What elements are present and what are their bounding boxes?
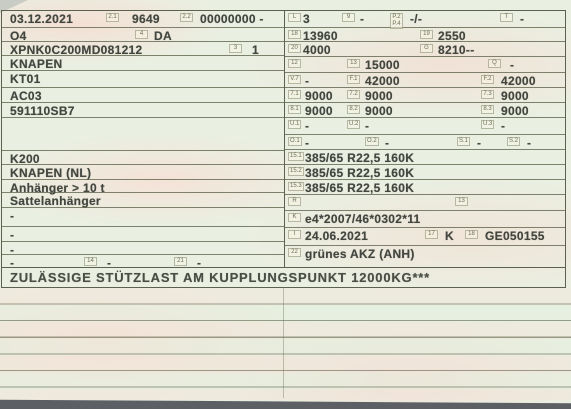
table-row xyxy=(2,118,284,151)
table-row: R 13 xyxy=(285,195,565,211)
field-label-i: I xyxy=(288,230,301,239)
field-label-r: R xyxy=(288,197,301,206)
field-vin: XPNK0C200MD081212 xyxy=(10,43,143,57)
table-row: 7.1 9000 7.2 9000 7.3 9000 xyxy=(285,88,565,103)
field-label-73: 7.3 xyxy=(481,90,494,99)
field-label-s2: S.2 xyxy=(507,137,520,146)
field-label-body: 4 xyxy=(135,30,148,39)
field-dash: - xyxy=(477,136,481,150)
field-label-height: 20 xyxy=(288,44,301,53)
field-body-type: DA xyxy=(154,29,172,43)
table-row: V.7 - F.1 42000 F.2 42000 xyxy=(285,73,565,88)
field-label-o2: O.2 xyxy=(365,137,379,146)
field-brand: KNAPEN xyxy=(10,57,62,71)
field-label-max-speed: T xyxy=(500,13,513,22)
table-row: 15.3 385/65 R22,5 160K xyxy=(285,180,565,195)
table-row: - xyxy=(2,242,284,255)
table-row: XPNK0C200MD081212 3 1 xyxy=(2,42,284,56)
field-mass-in-service: 8210-- xyxy=(438,43,475,57)
field-tyres-axle-1: 385/65 R22,5 160K xyxy=(305,151,414,165)
table-row: K e4*2007/46*0302*11 xyxy=(285,211,565,228)
field-label-9: 9 xyxy=(342,13,355,22)
field-vehicle-class: O4 xyxy=(10,29,27,43)
field-label-tyres-1: 15.1 xyxy=(288,152,304,161)
field-label-72: 7.2 xyxy=(347,90,360,99)
field-dash: - xyxy=(305,119,309,133)
field-label-s1: S.1 xyxy=(457,137,470,146)
registration-certificate-scan: 03.12.2021 2.1 9649 2.2 00000000 - O4 4 … xyxy=(0,0,571,409)
right-column: L 3 9 - P.2 P.4 -/- T - 18 13960 19 2550… xyxy=(285,11,565,267)
field-max-laden-mass-f1: 42000 xyxy=(365,74,400,88)
remark-support-load: ZULÄSSIGE STÜTZLAST AM KUPPLUNGSPUNKT 12… xyxy=(10,270,430,285)
table-row: - xyxy=(2,208,284,227)
field-type-approval-number: e4*2007/46*0302*11 xyxy=(305,212,421,226)
field-label-21: 21 xyxy=(174,257,187,266)
field-axle-load-3-tech: 9000 xyxy=(501,89,529,103)
table-row: Anhänger > 10 t xyxy=(2,180,284,193)
field-label-u2: U.2 xyxy=(347,120,360,129)
field-dash: - xyxy=(305,136,309,150)
field-type-designation: K200 xyxy=(10,152,40,166)
table-row: 12 13 15000 Q - xyxy=(285,57,565,73)
table-row: L 3 9 - P.2 P.4 -/- T - xyxy=(285,11,565,28)
field-width: 2550 xyxy=(438,29,466,43)
field-hsn-code: 9649 xyxy=(132,12,160,26)
field-label-82: 8.2 xyxy=(347,105,360,114)
field-label-power: P.2 P.4 xyxy=(390,13,403,29)
field-dash: - xyxy=(10,228,14,242)
table-row: AC03 xyxy=(2,88,284,103)
field-support-load: 15000 xyxy=(365,58,400,72)
table-row: U.1 - U.2 - U.3 - xyxy=(285,118,565,135)
table-row: 15.2 385/65 R22,5 160K xyxy=(285,165,565,180)
table-row: 22 grünes AKZ (ANH) xyxy=(285,246,565,267)
field-body-text: Sattelanhänger xyxy=(10,194,101,208)
field-document-code: GE050155 xyxy=(485,229,545,243)
field-dash: - xyxy=(385,136,389,150)
left-column: 03.12.2021 2.1 9649 2.2 00000000 - O4 4 … xyxy=(2,11,285,267)
table-row: O4 4 DA xyxy=(2,28,284,42)
field-label-o1: O.1 xyxy=(288,137,302,146)
field-max-laden-mass-f2: 42000 xyxy=(501,74,536,88)
field-remark-akz: grünes AKZ (ANH) xyxy=(305,247,415,261)
table-row: - 14 - 21 - xyxy=(2,255,284,267)
field-label-q: Q xyxy=(488,59,501,68)
field-label-tyres-2: 15.2 xyxy=(288,167,304,176)
field-dash: - xyxy=(510,58,514,72)
grid-columns: 03.12.2021 2.1 9649 2.2 00000000 - O4 4 … xyxy=(2,11,565,267)
field-label-support-load: 13 xyxy=(347,59,360,68)
table-row: 15.1 385/65 R22,5 160K xyxy=(285,150,565,165)
table-row: KNAPEN (NL) xyxy=(2,165,284,180)
field-length: 13960 xyxy=(303,29,338,43)
table-row: 03.12.2021 2.1 9649 2.2 00000000 - xyxy=(2,11,284,28)
table-row: I 24.06.2021 17 K 18 GE050155 xyxy=(285,228,565,246)
table-row: 8.1 9000 8.2 9000 8.3 9000 xyxy=(285,103,565,118)
field-code-k: K xyxy=(445,229,454,243)
field-axle-load-3-reg: 9000 xyxy=(501,104,529,118)
field-axle-load-2-reg: 9000 xyxy=(365,104,393,118)
field-axle-load-1-tech: 9000 xyxy=(305,89,333,103)
field-label-81: 8.1 xyxy=(288,105,301,114)
field-max-speed: - xyxy=(520,12,524,26)
field-axle-count: 3 xyxy=(303,12,310,26)
field-label-tyres-3: 15.3 xyxy=(288,182,304,191)
field-label-tsn: 2.2 xyxy=(180,13,193,22)
field-dash: - xyxy=(365,119,369,133)
field-tsn-code: 00000000 - xyxy=(200,12,264,26)
field-label-hsn: 2.1 xyxy=(106,13,119,22)
field-label-mass: G xyxy=(420,44,433,53)
field-dash: - xyxy=(10,256,14,267)
field-label-v7: V.7 xyxy=(288,75,301,84)
field-version-code: 591110SB7 xyxy=(10,104,75,118)
field-label-17: 17 xyxy=(425,230,438,239)
field-label-14: 14 xyxy=(84,257,97,266)
field-power: -/- xyxy=(410,12,422,26)
field-label-71: 7.1 xyxy=(288,90,301,99)
field-dash: - xyxy=(527,136,531,150)
table-row: 591110SB7 xyxy=(2,103,284,118)
field-type-code: KT01 xyxy=(10,72,41,86)
field-label-f1: F.1 xyxy=(347,75,360,84)
field-axle-load-2-tech: 9000 xyxy=(365,89,393,103)
field-label-83: 8.3 xyxy=(481,105,494,114)
field-label-13: 13 xyxy=(455,197,468,206)
field-check-digit: 1 xyxy=(252,43,259,57)
field-label-axles: L xyxy=(288,13,301,22)
field-dash: - xyxy=(107,256,111,267)
table-row: K200 xyxy=(2,151,284,165)
field-dash: - xyxy=(360,12,364,26)
field-tyres-axle-3: 385/65 R22,5 160K xyxy=(305,181,414,195)
field-dash: - xyxy=(197,256,201,267)
ruled-lines-area xyxy=(0,288,571,400)
field-tyres-axle-2: 385/65 R22,5 160K xyxy=(305,166,414,180)
field-dash: - xyxy=(305,74,309,88)
field-variant-code: AC03 xyxy=(10,89,42,103)
field-label-check: 3 xyxy=(229,44,242,53)
field-label-18: 18 xyxy=(465,230,478,239)
field-label-k: K xyxy=(288,213,301,222)
table-row: O.1 - O.2 - S.1 - S.2 - xyxy=(285,135,565,150)
field-label-12: 12 xyxy=(288,59,301,68)
field-dash: - xyxy=(501,119,505,133)
field-label-length: 18 xyxy=(288,30,301,39)
remarks-banner-row: ZULÄSSIGE STÜTZLAST AM KUPPLUNGSPUNKT 12… xyxy=(2,267,565,287)
field-dash: - xyxy=(10,209,14,223)
field-first-registration-date: 03.12.2021 xyxy=(10,12,73,26)
field-label-f2: F.2 xyxy=(481,75,494,84)
table-row: - xyxy=(2,227,284,242)
field-label-u1: U.1 xyxy=(288,120,301,129)
field-axle-load-1-reg: 9000 xyxy=(305,104,333,118)
field-label-width: 19 xyxy=(420,30,433,39)
field-label-u3: U.3 xyxy=(481,120,494,129)
table-row: 20 4000 G 8210-- xyxy=(285,42,565,57)
table-row: 18 13960 19 2550 xyxy=(285,28,565,42)
field-height: 4000 xyxy=(303,43,331,57)
table-row: Sattelanhänger xyxy=(2,193,284,208)
field-registration-date: 24.06.2021 xyxy=(305,229,368,243)
field-label-remarks: 22 xyxy=(288,248,301,257)
table-row: KNAPEN xyxy=(2,56,284,71)
field-manufacturer: KNAPEN (NL) xyxy=(10,166,91,180)
field-grid: 03.12.2021 2.1 9649 2.2 00000000 - O4 4 … xyxy=(1,10,566,288)
fold-line xyxy=(283,288,284,398)
table-row: KT01 xyxy=(2,71,284,88)
